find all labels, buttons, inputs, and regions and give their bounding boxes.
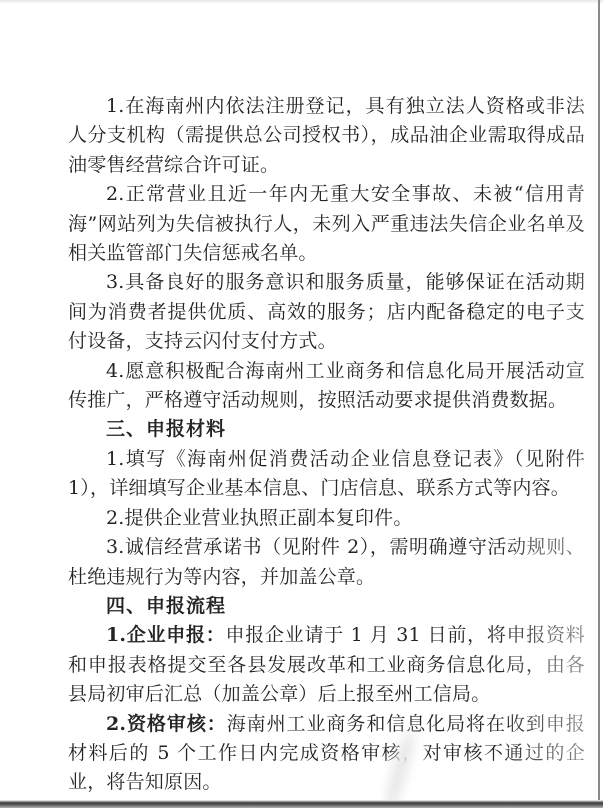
scanned-document-page: 1.在海南州内依法注册登记，具有独立法人资格或非法人分支机构（需提供总公司授权书… bbox=[0, 0, 603, 808]
scan-edge-line bbox=[598, 0, 600, 808]
section-heading: 四、申报流程 bbox=[68, 592, 585, 621]
paragraph: 2.提供企业营业执照正副本复印件。 bbox=[68, 504, 585, 533]
paragraph: 1.填写《海南州促消费活动企业信息登记表》（见附件 1），详细填写企业基本信息、… bbox=[68, 445, 585, 504]
document-body: 1.在海南州内依法注册登记，具有独立法人资格或非法人分支机构（需提供总公司授权书… bbox=[68, 92, 585, 798]
paragraph: 3.诚信经营承诺书（见附件 2），需明确遵守活动规则、杜绝违规行为等内容，并加盖… bbox=[68, 533, 585, 592]
paragraph: 3.具备良好的服务意识和服务质量，能够保证在活动期间为消费者提供优质、高效的服务… bbox=[68, 268, 585, 356]
section-heading: 三、申报材料 bbox=[68, 415, 585, 444]
scan-bottom-bar bbox=[0, 800, 603, 808]
paragraph: 4.愿意积极配合海南州工业商务和信息化局开展活动宣传推广，严格遵守活动规则，按照… bbox=[68, 357, 585, 416]
paragraph: 2.资格审核：海南州工业商务和信息化局将在收到申报材料后的 5 个工作日内完成资… bbox=[68, 710, 585, 798]
paragraph-bold-lead: 2.资格审核： bbox=[106, 713, 227, 735]
paragraph-bold-lead: 1.企业申报： bbox=[106, 624, 225, 646]
paragraph: 2.正常营业且近一年内无重大安全事故、未被“信用青海”网站列为失信被执行人，未列… bbox=[68, 180, 585, 268]
paragraph: 1.企业申报：申报企业请于 1 月 31 日前，将申报资料和申报表格提交至各县发… bbox=[68, 621, 585, 709]
paragraph: 1.在海南州内依法注册登记，具有独立法人资格或非法人分支机构（需提供总公司授权书… bbox=[68, 92, 585, 180]
